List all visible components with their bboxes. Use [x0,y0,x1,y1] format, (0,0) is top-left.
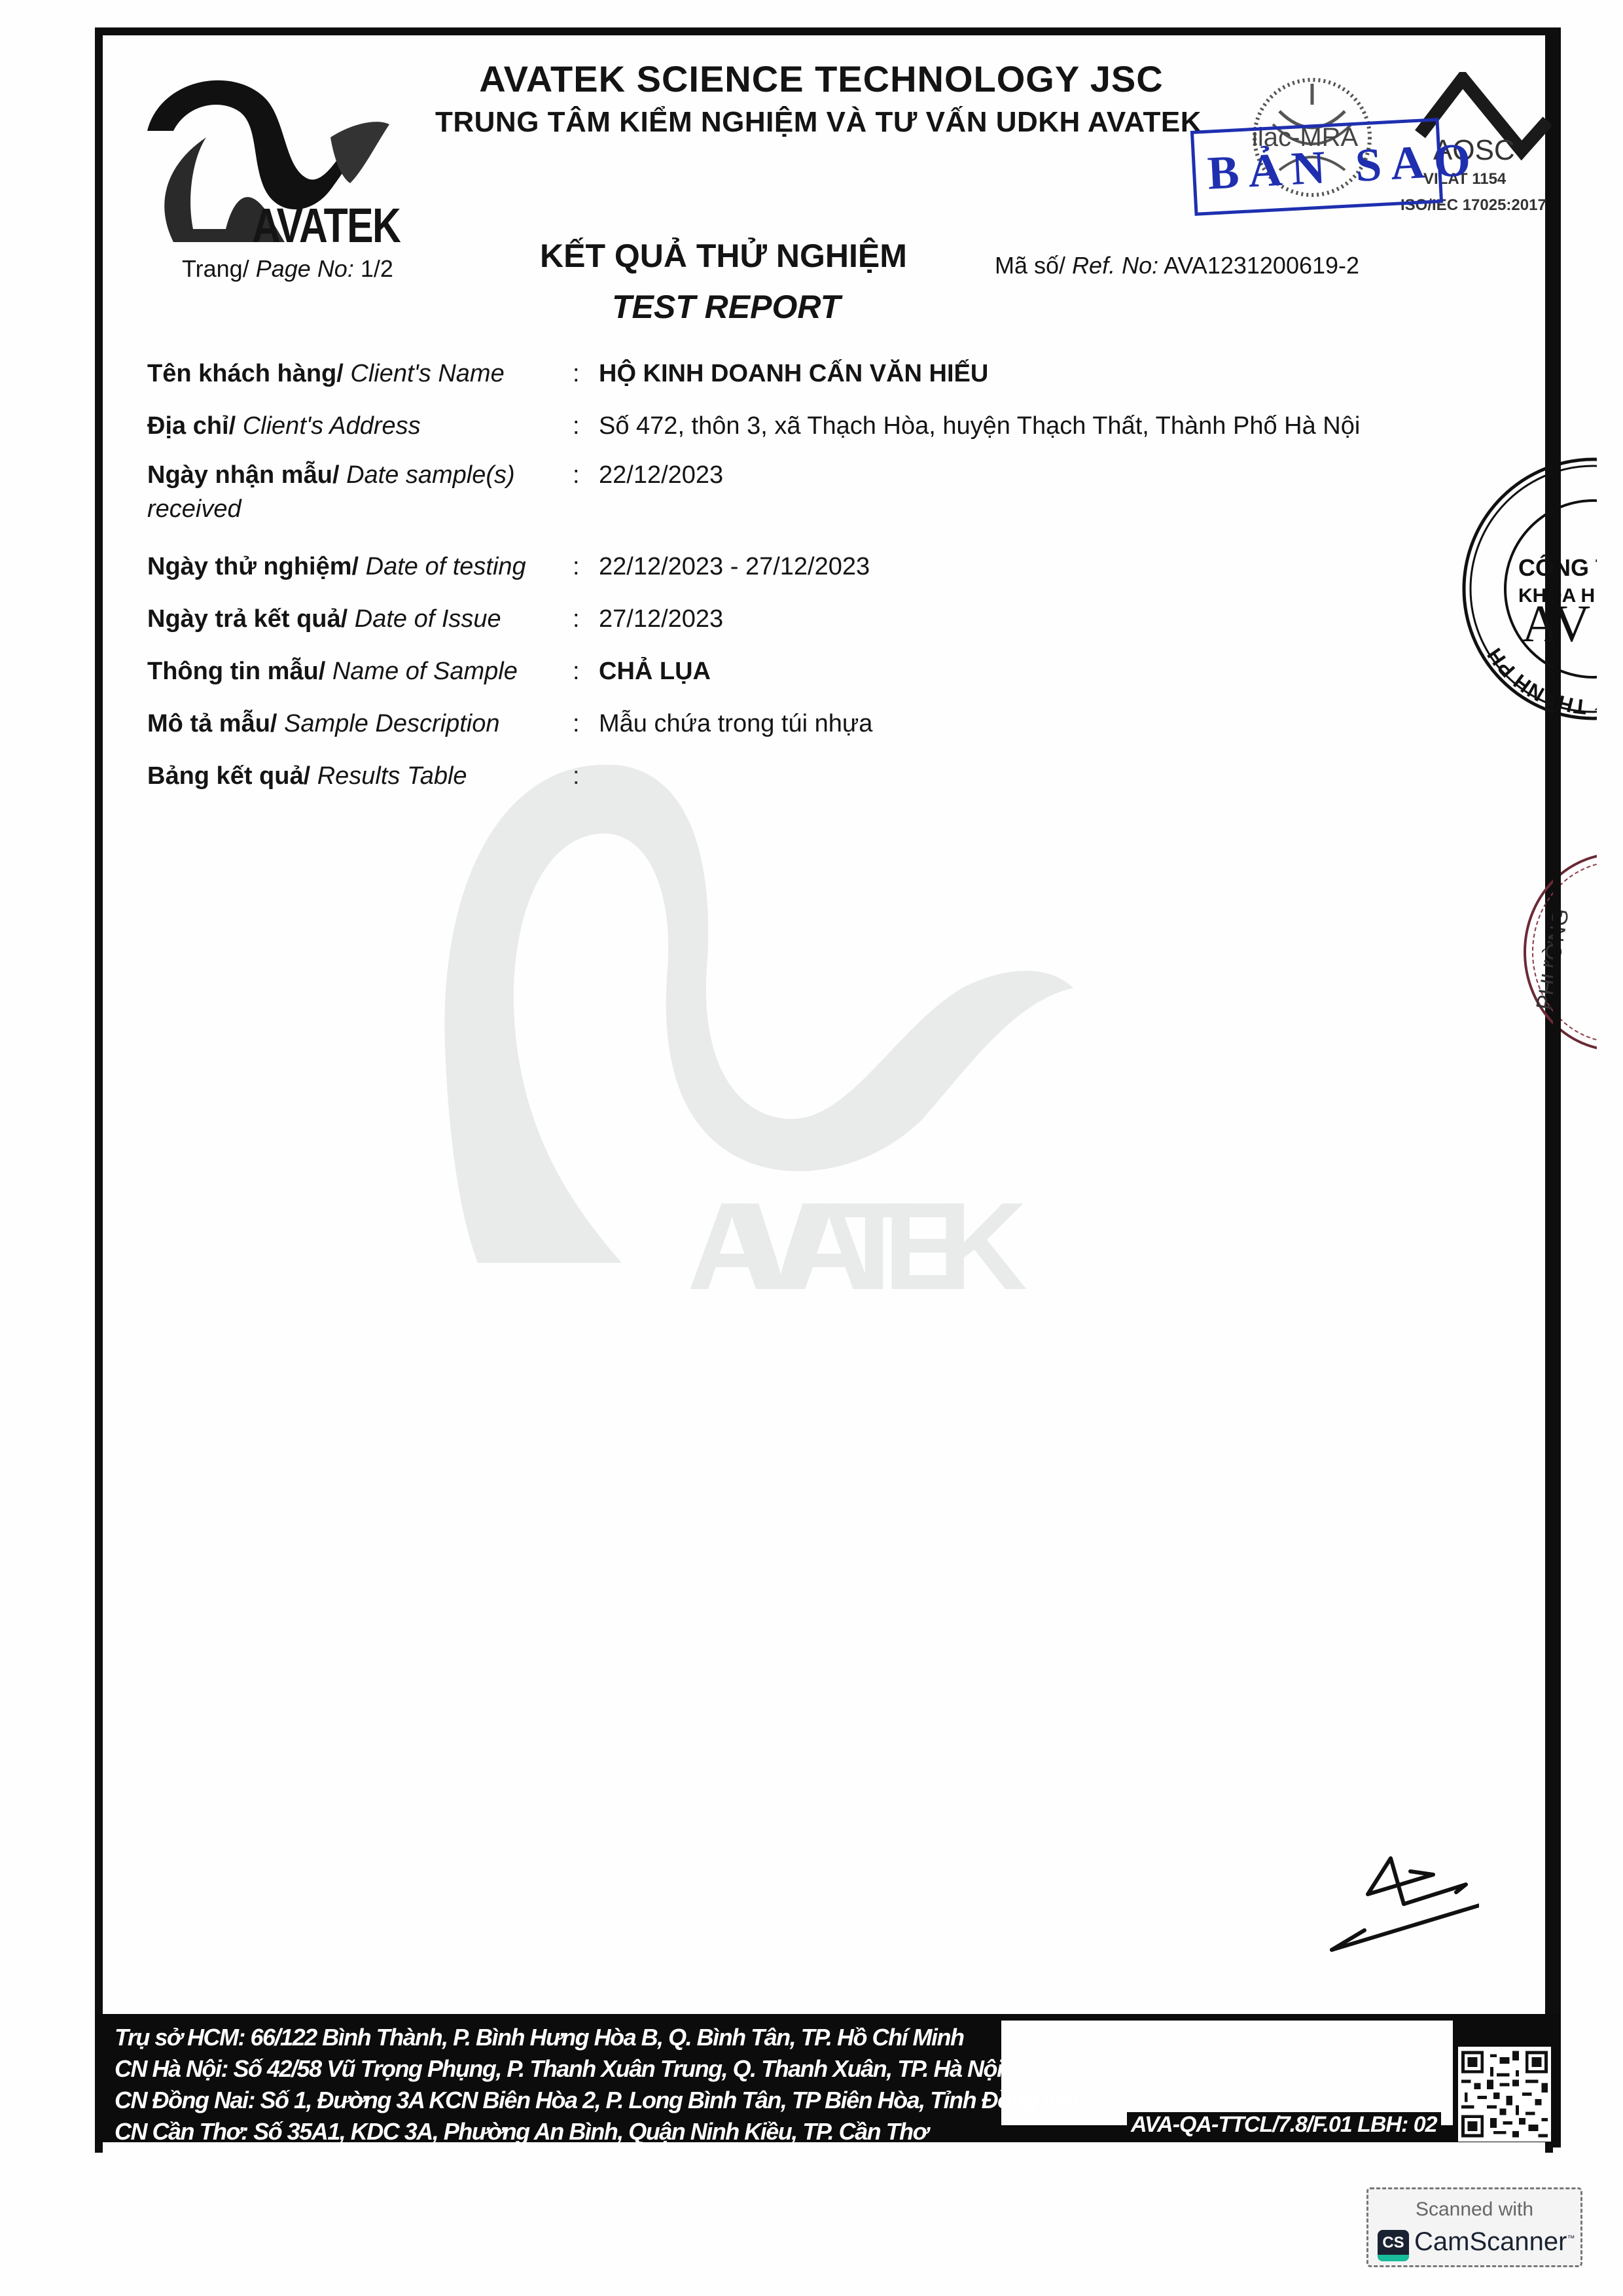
svg-text:CÔNG T: CÔNG T [1518,554,1610,581]
field-value: Số 472, thôn 3, xã Thạch Hòa, huyện Thạc… [599,412,1360,440]
avatek-watermark: AVATEK [425,752,1296,1341]
trademark: ™ [1567,2234,1575,2243]
copy-stamp: BẢN SAO [1190,118,1443,216]
reference-number: Mã số/ Ref. No: AVA1231200619-2 [995,252,1359,279]
field-label-vn: Ngày nhận mẫu/ [147,461,340,489]
field-value: CHẢ LỤA [599,658,711,686]
field-label-en: Date sample(s) [346,461,515,489]
field-label-vn: Địa chỉ/ [147,412,236,440]
camscanner-logo-bar [1378,2255,1409,2261]
field-label-vn: Ngày trả kết quả/ [147,605,348,633]
report-title-en: TEST REPORT [612,288,840,326]
field-value: 27/12/2023 [599,605,723,633]
watermark-logo-icon: AVATEK [425,752,1296,1341]
camscanner-brand: CamScanner™ [1414,2227,1575,2257]
field-label-vn: Bảng kết quả/ [147,762,310,790]
field-label: Địa chỉ/ Client's Address [147,412,566,440]
field-label: Ngày trả kết quả/ Date of Issue [147,605,566,633]
page-border-right [1553,27,1561,2147]
field-label: Mô tả mẫu/ Sample Description [147,710,566,738]
page-no-label-vn: Trang/ [182,255,249,282]
field-label-en: Client's Address [243,412,421,440]
copy-stamp-text: BẢN SAO [1206,132,1481,201]
field-colon: : [573,658,580,686]
signature-icon [1283,1832,1479,1963]
svg-text:AVATEK: AVATEK [687,1177,1027,1316]
field-label: Thông tin mẫu/ Name of Sample [147,658,566,686]
address-hcm: Trụ sở HCM: 66/122 Bình Thành, P. Bình H… [115,2022,1077,2053]
field-label: Ngày thử nghiệm/ Date of testing [147,553,566,581]
address-cantho: CN Cần Thơ: Số 35A1, KDC 3A, Phường An B… [115,2116,1077,2147]
field-colon: : [573,553,580,581]
center-name: TRUNG TÂM KIỂM NGHIỆM VÀ TƯ VẤN UDKH AVA… [435,106,1202,139]
field-label-vn: Tên khách hàng/ [147,360,344,387]
footer-addresses: Trụ sở HCM: 66/122 Bình Thành, P. Bình H… [115,2022,1077,2147]
field-value: 22/12/2023 - 27/12/2023 [599,553,870,581]
field-colon: : [573,710,580,738]
field-value: HỘ KINH DOANH CẤN VĂN HIẾU [599,360,988,388]
field-label-en: Date of Issue [355,605,501,633]
field-label-vn: Mô tả mẫu/ [147,710,277,737]
page-number: Trang/ Page No: 1/2 [182,255,393,283]
field-label: Ngày nhận mẫu/ Date sample(s)received [147,461,566,489]
camscanner-logo-icon: CS [1378,2230,1409,2261]
field-colon: : [573,360,580,388]
qr-code[interactable] [1458,2047,1551,2142]
field-colon: : [573,412,580,440]
signature [1283,1832,1479,1963]
field-value: Mẫu chứa trong túi nhựa [599,710,872,738]
field-label: Tên khách hàng/ Client's Name [147,360,566,388]
ref-label-en: Ref. No: [1072,252,1158,279]
field-value: 22/12/2023 [599,461,723,489]
report-title-vn: KẾT QUẢ THỬ NGHIỆM [540,237,907,275]
page-no-value: 1/2 [361,255,393,282]
qr-code-icon [1458,2047,1551,2142]
address-hanoi: CN Hà Nội: Số 42/58 Vũ Trọng Phụng, P. T… [115,2053,1077,2085]
scanned-with-label: Scanned with [1368,2199,1580,2221]
field-label-en: Sample Description [284,710,499,737]
camscanner-logo-text: CS [1378,2234,1409,2252]
ref-label-vn: Mã số/ [995,252,1065,279]
field-label-vn: Thông tin mẫu/ [147,658,325,685]
field-colon: : [573,605,580,633]
scan-edge [1597,0,1623,2296]
field-label-en: Date of testing [366,553,526,580]
logo-wordmark: AVATEK [252,198,400,253]
camscanner-badge: Scanned with CS CamScanner™ [1366,2187,1582,2267]
field-label-en: Name of Sample [332,658,518,685]
ref-value: AVA1231200619-2 [1164,252,1359,279]
address-dongnai: CN Đồng Nai: Số 1, Đường 3A KCN Biên Hòa… [115,2085,1077,2116]
field-label-en-cont: received [147,495,241,523]
camscanner-brand-name: CamScanner [1414,2227,1567,2256]
field-label-en: Client's Name [350,360,504,387]
field-label-vn: Ngày thử nghiệm/ [147,553,359,580]
page-no-label-en: Page No: [256,255,354,282]
form-code: AVA-QA-TTCL/7.8/F.01 LBH: 02 [1127,2112,1441,2138]
field-colon: : [573,461,580,489]
